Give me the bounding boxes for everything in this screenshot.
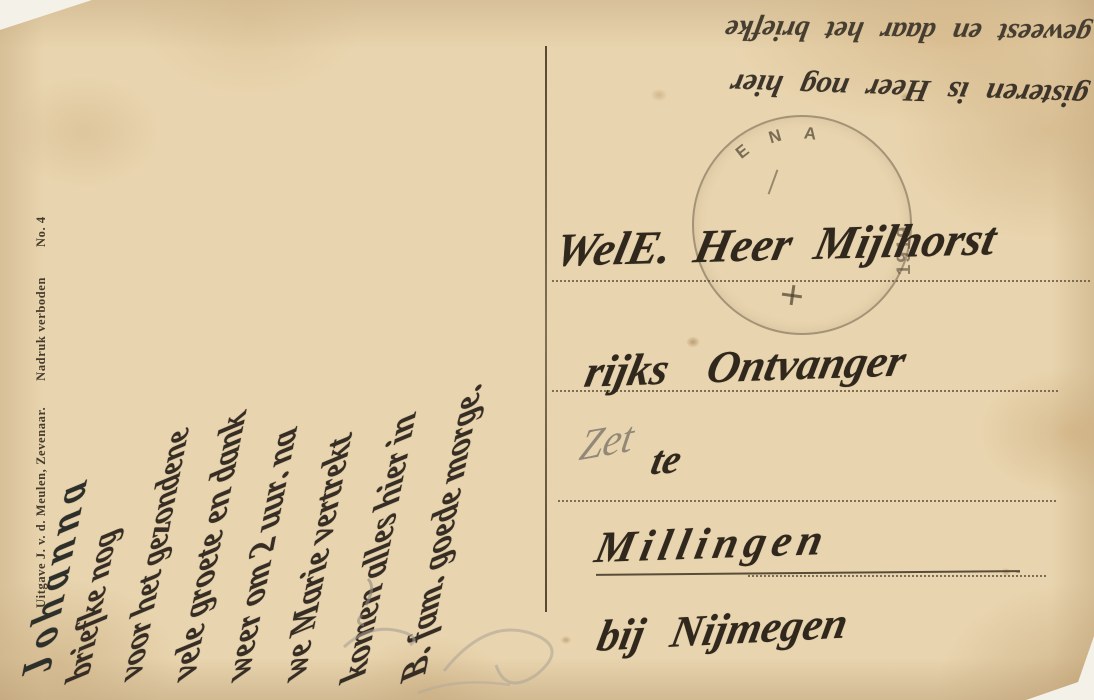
scan-background: Uitgave J. v. d. Meulen, Zevenaar.Nadruk… [0, 0, 1094, 700]
address-town: Millingen [591, 514, 834, 574]
address-recipient: WelE. Heer Mijlhorst [550, 212, 1002, 278]
pencil-note: Zet [576, 412, 638, 472]
address-title: rijks Ontvanger [581, 334, 911, 398]
address-rule-4 [748, 575, 1046, 577]
address-te: te [647, 435, 686, 485]
copyright-notice: Nadruk verboden [34, 277, 48, 381]
postmark-cross-icon [781, 284, 804, 307]
message-divider-line [545, 46, 547, 612]
postcard: Uitgave J. v. d. Meulen, Zevenaar.Nadruk… [0, 0, 1094, 700]
address-region: bij Nijmegen [593, 597, 852, 662]
card-number: No. 4 [34, 216, 48, 247]
postmark-letter: E [732, 141, 753, 164]
postmark-letter: A [803, 123, 817, 144]
postmark-date-tick [768, 169, 779, 194]
postmark-letter: N [766, 126, 783, 149]
pencil-scribble [326, 575, 606, 700]
address-rule-3 [558, 500, 1056, 502]
